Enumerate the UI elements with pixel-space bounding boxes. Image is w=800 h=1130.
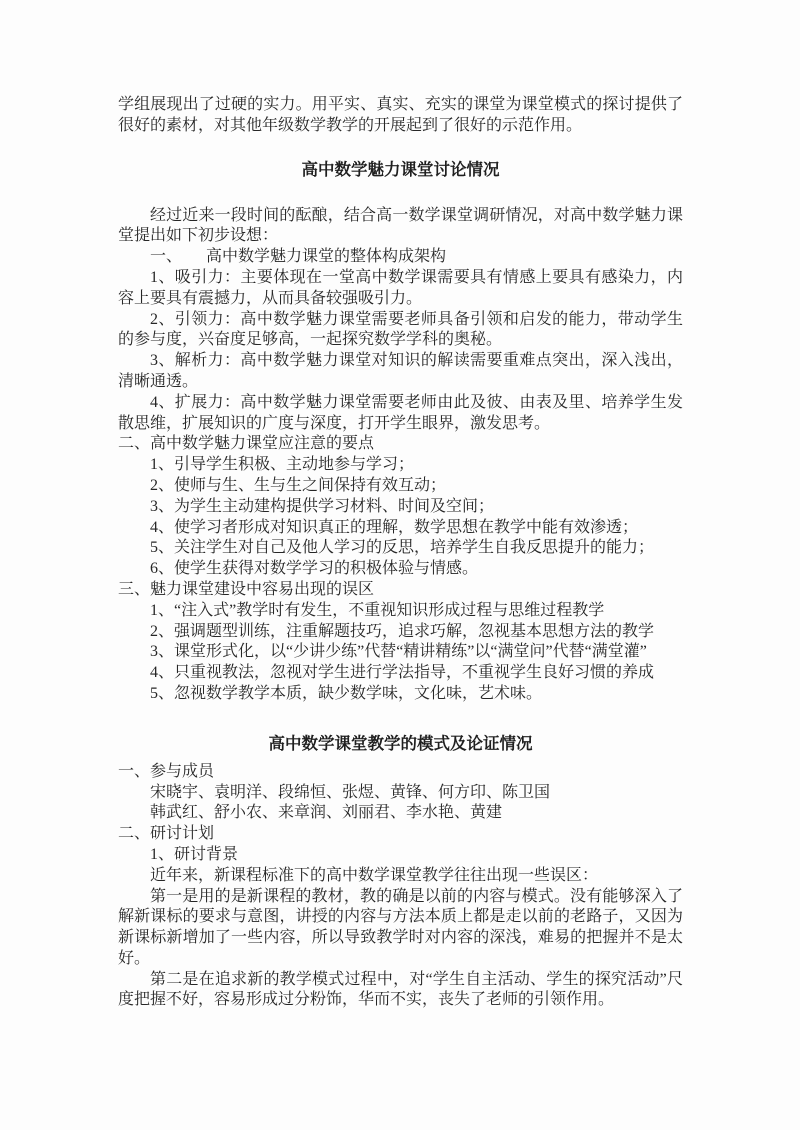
section-heading: 高中数学魅力课堂讨论情况 <box>118 159 683 180</box>
body-paragraph: 1、“注入式”教学时有发生，不重视知识形成过程与思维过程教学 <box>118 601 683 622</box>
body-paragraph: 近年来，新课程标准下的高中数学课堂教学往往出现一些误区： <box>118 866 683 887</box>
body-paragraph: 4、扩展力：高中数学魅力课堂需要老师由此及彼、由表及里、培养学生发散思维，扩展知… <box>118 393 683 435</box>
body-paragraph: 2、使师与生、生与生之间保持有效互动； <box>118 476 683 497</box>
body-paragraph: 4、使学习者形成对知识真正的理解，数学思想在教学中能有效渗透； <box>118 518 683 539</box>
body-paragraph: 3、为学生主动建构提供学习材料、时间及空间； <box>118 497 683 518</box>
body-paragraph: 1、研讨背景 <box>118 845 683 866</box>
body-paragraph: 2、强调题型训练，注重解题技巧，追求巧解，忽视基本思想方法的教学 <box>118 622 683 643</box>
body-paragraph: 3、解析力：高中数学魅力课堂对知识的解读需要重难点突出，深入浅出，清晰通透。 <box>118 351 683 393</box>
body-paragraph: 2、引领力：高中数学魅力课堂需要老师具备引领和启发的能力，带动学生的参与度，兴奋… <box>118 310 683 352</box>
body-paragraph: 宋晓宇、袁明洋、段绵恒、张煜、黄锋、何方印、陈卫国 <box>118 783 683 804</box>
body-paragraph: 1、引导学生积极、主动地参与学习； <box>118 455 683 476</box>
body-paragraph: 3、课堂形式化，以“少讲少练”代替“精讲精练”以“满堂问”代替“满堂灌” <box>118 642 683 663</box>
body-paragraph: 学组展现出了过硬的实力。用平实、真实、充实的课堂为课堂模式的探讨提供了很好的素材… <box>118 95 683 137</box>
body-paragraph: 一、 高中数学魅力课堂的整体构成架构 <box>118 247 683 268</box>
body-paragraph: 经过近来一段时间的酝酿，结合高一数学课堂调研情况，对高中数学魅力课堂提出如下初步… <box>118 206 683 248</box>
body-paragraph: 5、关注学生对自己及他人学习的反思，培养学生自我反思提升的能力； <box>118 538 683 559</box>
body-paragraph: 二、研讨计划 <box>118 824 683 845</box>
body-paragraph: 1、吸引力：主要体现在一堂高中数学课需要具有情感上要具有感染力，内容上要具有震撼… <box>118 268 683 310</box>
body-paragraph: 4、只重视教法，忽视对学生进行学法指导，不重视学生良好习惯的养成 <box>118 663 683 684</box>
document-content: 学组展现出了过硬的实力。用平实、真实、充实的课堂为课堂模式的探讨提供了很好的素材… <box>0 0 800 1011</box>
document-page: 学组展现出了过硬的实力。用平实、真实、充实的课堂为课堂模式的探讨提供了很好的素材… <box>0 0 800 1130</box>
section-heading: 高中数学课堂教学的模式及论证情况 <box>118 733 683 754</box>
body-paragraph: 二、高中数学魅力课堂应注意的要点 <box>118 434 683 455</box>
body-paragraph: 5、忽视数学教学本质，缺少数学味，文化味，艺术味。 <box>118 684 683 705</box>
body-paragraph: 第二是在追求新的教学模式过程中，对“学生自主活动、学生的探究活动”尺度把握不好，… <box>118 970 683 1012</box>
body-paragraph: 韩武红、舒小农、来章润、刘丽君、李水艳、黄建 <box>118 803 683 824</box>
body-paragraph: 一、参与成员 <box>118 762 683 783</box>
body-paragraph: 第一是用的是新课程的教材，教的确是以前的内容与模式。没有能够深入了解新课标的要求… <box>118 887 683 970</box>
body-paragraph: 6、使学生获得对数学学习的积极体验与情感。 <box>118 559 683 580</box>
body-paragraph: 三、魅力课堂建设中容易出现的误区 <box>118 580 683 601</box>
